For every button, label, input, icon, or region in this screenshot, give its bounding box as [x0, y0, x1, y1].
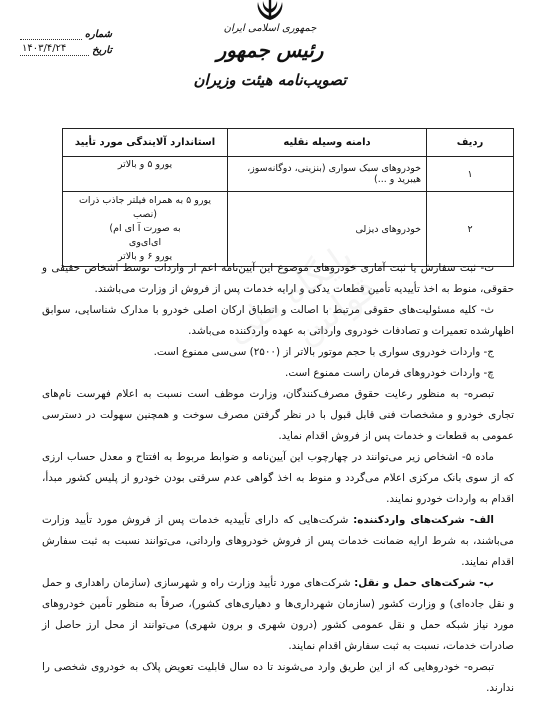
letter-meta: شماره تاریخ ۱۴۰۳/۴/۲۴: [20, 24, 112, 56]
emission-standard: یورو ۵ و بالاتر: [63, 157, 228, 192]
vehicle-range: خودروهای دیزلی: [228, 192, 427, 267]
decree-body: ت- ثبت سفارش یا ثبت آماری خودروهای موضوع…: [42, 258, 514, 699]
clause-alef-title: الف- شرکت‌های واردکننده:: [353, 514, 494, 526]
clause-t: ت- ثبت سفارش یا ثبت آماری خودروهای موضوع…: [42, 258, 514, 300]
clause-th: ث- کلیه مسئولیت‌های حقوقی مرتبط با اصالت…: [42, 300, 514, 342]
note-1: تبصره- به منظور رعایت حقوق مصرف‌کنندگان،…: [42, 384, 514, 447]
clause-be-title: ب- شرکت‌های حمل و نقل:: [354, 577, 494, 589]
decree-page: جمهوری اسلامی ایران رئیس جمهور تصویب‌نام…: [0, 0, 541, 702]
approval-title: تصویب‌نامه هیئت وزیران: [170, 68, 370, 92]
date-label: تاریخ: [92, 45, 112, 56]
table-header-row: ردیف دامنه وسیله نقلیه استاندارد آلایندگ…: [63, 129, 514, 157]
number-label: شماره: [85, 29, 112, 40]
number-row: شماره: [20, 24, 112, 40]
clause-alef: الف- شرکت‌های واردکننده: شرکت‌هایی که دا…: [42, 510, 514, 573]
vehicle-range: خودروهای سبک سواری (بنزینی، دوگانه‌سوز، …: [228, 157, 427, 192]
header-row-number: ردیف: [427, 129, 514, 157]
row-number: ۲: [427, 192, 514, 267]
country-name: جمهوری اسلامی ایران: [170, 22, 370, 36]
header-vehicle-range: دامنه وسیله نقلیه: [228, 129, 427, 157]
table-row: ۲ خودروهای دیزلی یورو ۵ به همراه فیلتر ج…: [63, 192, 514, 267]
standard-line: ای‌ای‌وی: [68, 236, 222, 250]
date-row: تاریخ ۱۴۰۳/۴/۲۴: [20, 40, 112, 56]
emission-standard: یورو ۵ به همراه فیلتر جاذب ذرات (نصب به …: [63, 192, 228, 267]
header-emission-standard: استاندارد آلایندگی مورد تأیید: [63, 129, 228, 157]
clause-be: ب- شرکت‌های حمل و نقل: شرکت‌های مورد تأی…: [42, 573, 514, 657]
date-value: ۱۴۰۳/۴/۲۴: [20, 42, 89, 56]
number-value: [20, 26, 82, 40]
article-5: ماده ۵- اشخاص زیر می‌توانند در چهارچوب ا…: [42, 447, 514, 510]
table-row: ۱ خودروهای سبک سواری (بنزینی، دوگانه‌سوز…: [63, 157, 514, 192]
row-number: ۱: [427, 157, 514, 192]
emission-standards-table: ردیف دامنه وسیله نقلیه استاندارد آلایندگ…: [62, 128, 514, 267]
clause-ch: چ- واردات خودروهای فرمان راست ممنوع است.: [42, 363, 514, 384]
letterhead: جمهوری اسلامی ایران رئیس جمهور تصویب‌نام…: [170, 22, 370, 92]
iran-emblem-icon: [252, 0, 288, 22]
standard-line: به صورت آ ای ام): [68, 222, 222, 236]
standard-line: یورو ۵ به همراه فیلتر جاذب ذرات (نصب: [68, 194, 222, 222]
clause-j: ج- واردات خودروی سواری با حجم موتور بالا…: [42, 342, 514, 363]
note-2: تبصره- خودروهایی که از این طریق وارد می‌…: [42, 657, 514, 699]
office-title: رئیس جمهور: [170, 36, 370, 64]
